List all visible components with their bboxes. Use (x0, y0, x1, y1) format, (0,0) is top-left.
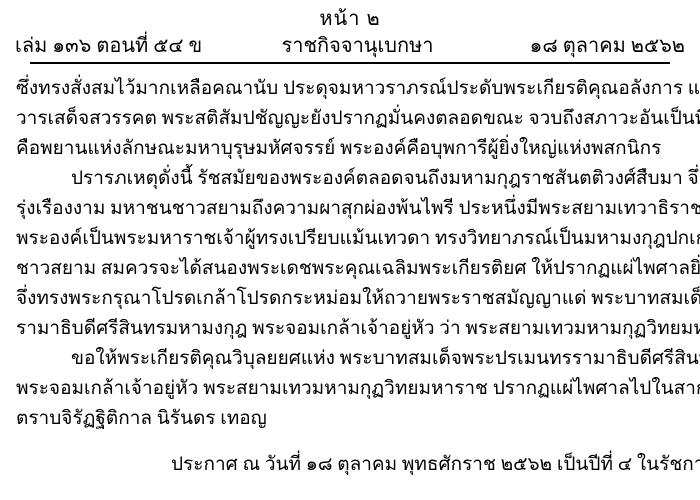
gazette-page: หน้า ๒ เล่ม ๑๓๖ ตอนที่ ๕๔ ข ราชกิจจานุเบ… (0, 0, 700, 500)
text-line: คือพยานแห่งลักษณะมหาบุรุษมหัศจรรย์ พระอง… (16, 134, 682, 164)
page-header: หน้า ๒ เล่ม ๑๓๖ ตอนที่ ๕๔ ข ราชกิจจานุเบ… (0, 0, 700, 64)
text-line: ขอให้พระเกียรติคุณวิบุลยยศแห่ง พระบาทสมเ… (16, 344, 682, 374)
paragraph: ขอให้พระเกียรติคุณวิบุลยยศแห่ง พระบาทสมเ… (16, 344, 682, 434)
publication-title: ราชกิจจานุเบกษา (215, 32, 500, 60)
masthead: เล่ม ๑๓๖ ตอนที่ ๕๔ ข ราชกิจจานุเบกษา ๑๘ … (15, 32, 685, 60)
volume-part-label: เล่ม ๑๓๖ ตอนที่ ๕๔ ข (15, 32, 215, 60)
text-line: พระจอมเกล้าเจ้าอยู่หัว พระสยามเทวมหามกุฏ… (16, 374, 682, 404)
paragraph: ซึ่งทรงสั่งสมไว้มากเหลือคณานับ ประดุจมหา… (16, 74, 682, 164)
text-line: ซึ่งทรงสั่งสมไว้มากเหลือคณานับ ประดุจมหา… (16, 74, 682, 104)
text-line: รามาธิบดีศรีสินทรมหามงกุฎ พระจอมเกล้าเจ้… (16, 314, 682, 344)
issue-date-label: ๑๘ ตุลาคม ๒๕๖๒ (500, 32, 685, 60)
text-line: ชาวสยาม สมควรจะได้สนองพระเดชพระคุณเฉลิมพ… (16, 254, 682, 284)
text-line: พระองค์เป็นพระมหาราชเจ้าผู้ทรงเปรียบแม้น… (16, 224, 682, 254)
text-line: วารเสด็จสวรรคต พระสติสัมปชัญญะยังปรากฏมั… (16, 104, 682, 134)
page-number-label: หน้า ๒ (15, 6, 685, 32)
text-line: ตราบจิรัฏฐิติกาล นิรันดร เทอญ (16, 404, 682, 434)
text-line: จึ่งทรงพระกรุณาโปรดเกล้าโปรดกระหม่อมให้ถ… (16, 284, 682, 314)
proclamation-date-line: ประกาศ ณ วันที่ ๑๘ ตุลาคม พุทธศักราช ๒๕๖… (16, 450, 682, 480)
text-line: ปรารภเหตุดั่งนี้ รัชสมัยของพระองค์ตลอดจน… (16, 164, 682, 194)
text-line: รุ่งเรืองงาม มหาชนชาวสยามถึงความผาสุกผ่อ… (16, 194, 682, 224)
document-body: ซึ่งทรงสั่งสมไว้มากเหลือคณานับ ประดุจมหา… (0, 64, 700, 480)
paragraph: ปรารภเหตุดั่งนี้ รัชสมัยของพระองค์ตลอดจน… (16, 164, 682, 344)
